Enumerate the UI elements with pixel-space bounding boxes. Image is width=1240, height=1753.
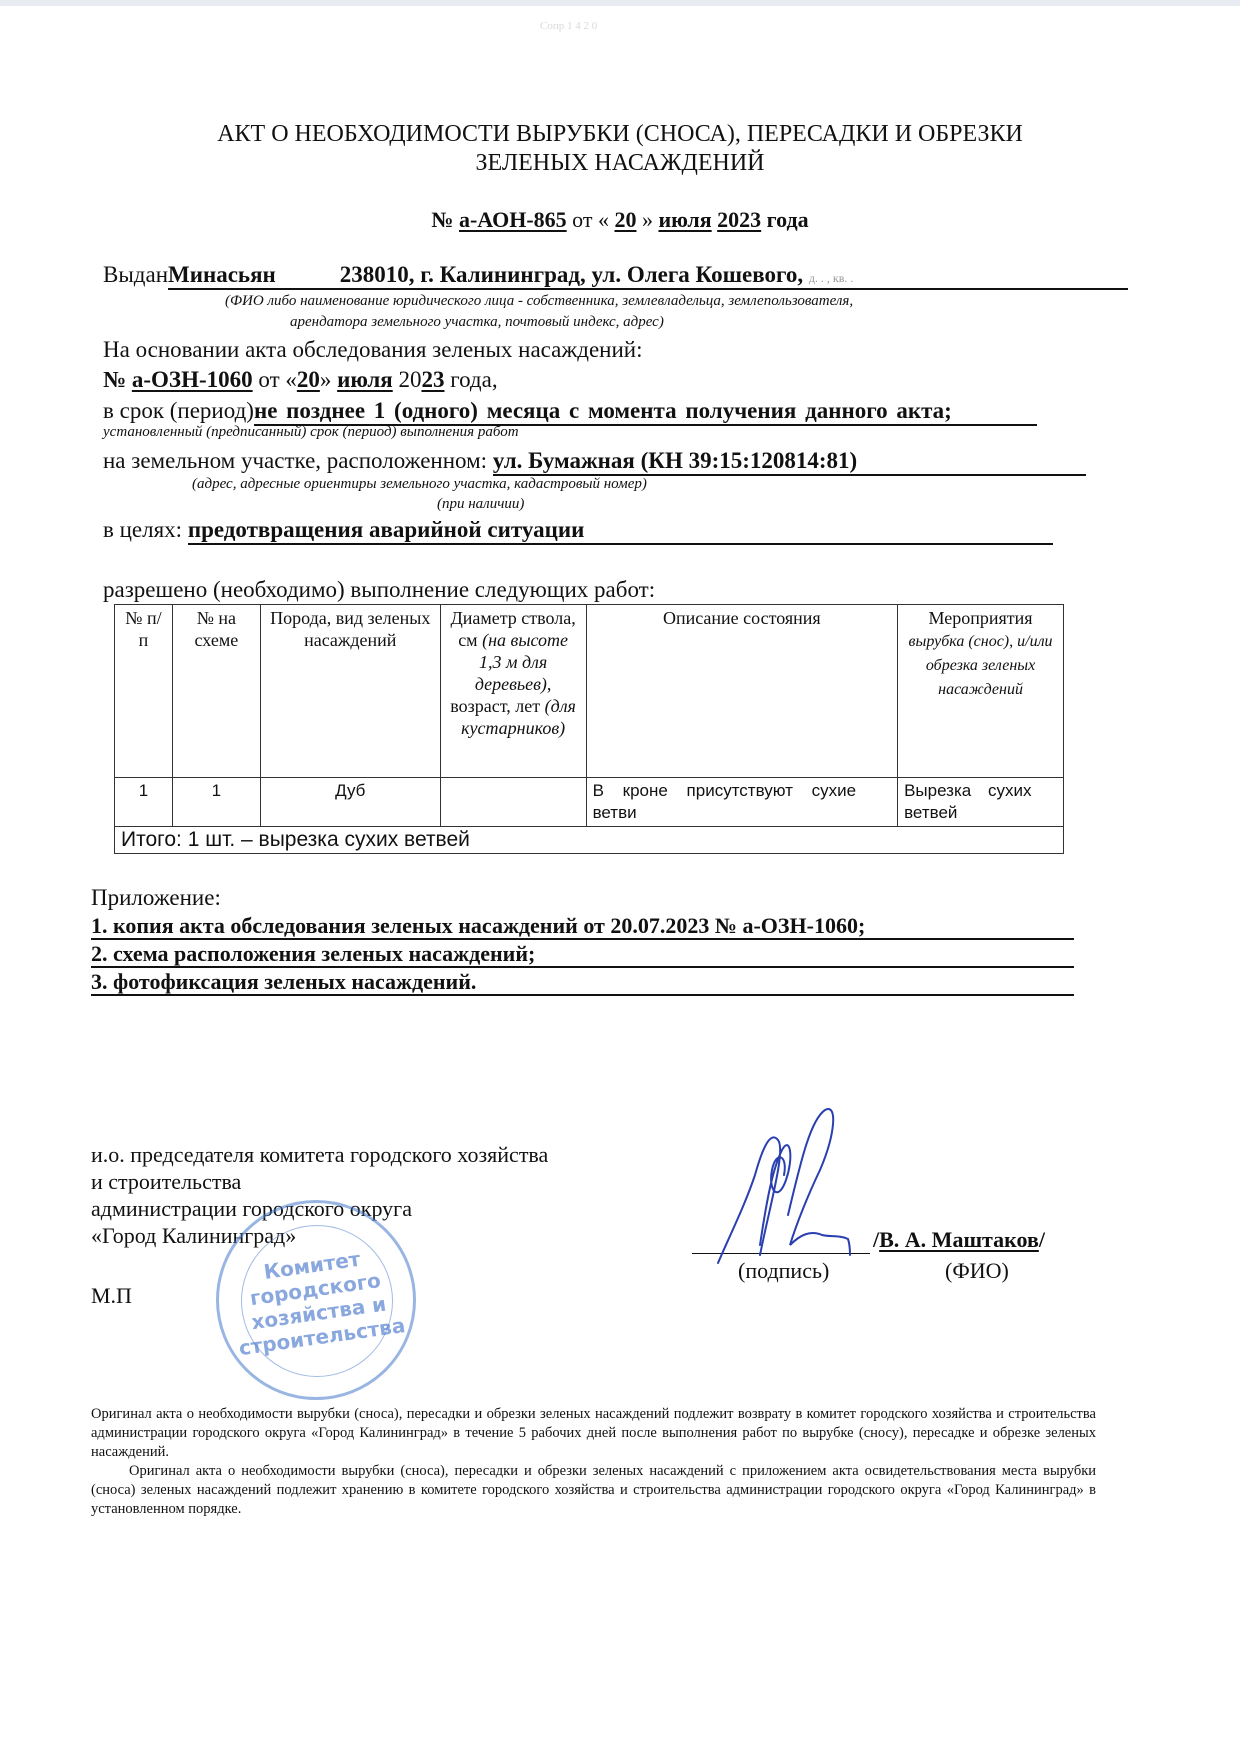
basis-number: а-ОЗН-1060	[132, 367, 253, 392]
act-year: 2023	[717, 207, 761, 232]
location-value: ул. Бумажная (КН 39:15:120814:81)	[493, 448, 1086, 476]
col-header-species: Порода, вид зеленых насаждений	[260, 605, 440, 778]
signatory-position-1: и.о. председателя комитета городского хо…	[91, 1141, 548, 1168]
date-close: »	[642, 207, 653, 232]
col-header-action: Мероприятия вырубка (снос), и/или обрезк…	[898, 605, 1064, 778]
issued-hint-1: (ФИО либо наименование юридического лица…	[225, 293, 853, 310]
table-row: 1 1 Дуб В кроне присутствуют сухие ветви…	[115, 778, 1064, 827]
works-intro: разрешено (необходимо) выполнение следую…	[103, 577, 655, 603]
issued-address: 238010, г. Калининград, ул. Олега Кошево…	[340, 262, 803, 287]
col-header-condition: Описание состояния	[586, 605, 898, 778]
cell-condition: В кроне присутствуют сухие ветви	[586, 778, 898, 827]
location-hint-1: (адрес, адресные ориентиры земельного уч…	[192, 476, 647, 493]
issued-redacted: д. . , кв. .	[809, 271, 854, 285]
location-hint-2: (при наличии)	[437, 496, 524, 513]
issued-field: Минасьян238010, г. Калининград, ул. Олег…	[168, 262, 1128, 290]
term-label: в срок (период)	[103, 398, 254, 423]
table-header-row: № п/п № на схеме Порода, вид зеленых нас…	[115, 605, 1064, 778]
purpose-line: в целях: предотвращения аварийной ситуац…	[103, 517, 1053, 545]
basis-number-sign: №	[103, 367, 126, 392]
name-hint: (ФИО)	[945, 1258, 1009, 1284]
basis-tail: года,	[450, 367, 497, 392]
footnote-2: Оригинал акта о необходимости вырубки (с…	[91, 1462, 1096, 1519]
location-line: на земельном участке, расположенном: ул.…	[103, 448, 1086, 476]
total-text: Итого: 1 шт. – вырезка сухих ветвей	[115, 827, 1064, 854]
location-label: на земельном участке, расположенном:	[103, 448, 487, 473]
cell-diameter	[440, 778, 586, 827]
issued-line: ВыданМинасьян238010, г. Калининград, ул.…	[103, 262, 1128, 290]
act-day: 20	[614, 207, 636, 232]
basis-label: На основании акта обследования зеленых н…	[103, 337, 643, 363]
stamp-text: Комитет городского хозяйства и строитель…	[213, 1240, 420, 1362]
issued-label: Выдан	[103, 262, 168, 287]
number-sign: №	[431, 207, 453, 232]
appendix-item-1: 1. копия акта обследования зеленых насаж…	[91, 914, 1074, 940]
basis-line: № а-ОЗН-1060 от «20» июля 2023 года,	[103, 367, 498, 393]
cell-number: 1	[115, 778, 173, 827]
act-number: а-АОН-865	[459, 207, 567, 232]
official-stamp: Комитет городского хозяйства и строитель…	[216, 1200, 416, 1400]
action-main: Мероприятия	[929, 608, 1033, 628]
act-number-line: № а-АОН-865 от « 20 » июля 2023 года	[0, 207, 1240, 233]
appendix-item-3: 3. фотофиксация зеленых насаждений.	[91, 970, 1074, 996]
basis-from: от «	[258, 367, 297, 392]
col-header-number: № п/п	[115, 605, 173, 778]
basis-day: 20	[297, 367, 320, 392]
act-month: июля	[658, 207, 711, 232]
basis-close: »	[320, 367, 332, 392]
cell-scheme: 1	[172, 778, 260, 827]
purpose-label: в целях:	[103, 517, 182, 542]
handwritten-signature-icon	[700, 1095, 880, 1265]
term-hint: установленный (предписанный) срок (перио…	[103, 424, 519, 441]
cell-action: Вырезка сухих ветвей	[898, 778, 1064, 827]
basis-year-suffix: 23	[421, 367, 444, 392]
cell-species: Дуб	[260, 778, 440, 827]
term-line: в срок (период)не позднее 1 (одного) мес…	[103, 398, 1037, 426]
diameter-note: (на высоте 1,3 м для деревьев)	[475, 630, 568, 694]
signatory-name-line: /В. А. Маштаков/	[873, 1227, 1045, 1253]
document-title-line1: АКТ О НЕОБХОДИМОСТИ ВЫРУБКИ (СНОСА), ПЕР…	[0, 120, 1240, 149]
works-table: № п/п № на схеме Порода, вид зеленых нас…	[114, 604, 1064, 854]
appendix-label: Приложение:	[91, 885, 221, 911]
signatory-position-2: и строительства	[91, 1168, 241, 1195]
bleed-through-text: Сопр 1 4 2 0	[540, 20, 597, 32]
issued-hint-2: арендатора земельного участка, почтовый …	[290, 314, 664, 331]
document-title-line2: ЗЕЛЕНЫХ НАСАЖДЕНИЙ	[0, 149, 1240, 178]
appendix-item-2: 2. схема расположения зеленых насаждений…	[91, 942, 1074, 968]
term-value: не позднее 1 (одного) месяца с момента п…	[254, 398, 1037, 426]
col-header-diameter: Диаметр ствола, см (на высоте 1,3 м для …	[440, 605, 586, 778]
act-year-suffix: года	[767, 207, 809, 232]
footnote-1: Оригинал акта о необходимости вырубки (с…	[91, 1405, 1096, 1462]
seal-label: М.П	[91, 1282, 132, 1309]
scan-edge	[0, 0, 1240, 6]
signatory-name: В. А. Маштаков	[879, 1227, 1039, 1252]
issued-name: Минасьян	[168, 262, 276, 287]
table-total-row: Итого: 1 шт. – вырезка сухих ветвей	[115, 827, 1064, 854]
col-header-scheme: № на схеме	[172, 605, 260, 778]
date-from: от «	[572, 207, 609, 232]
purpose-value: предотвращения аварийной ситуации	[188, 517, 1053, 545]
basis-month: июля	[337, 367, 393, 392]
action-note: вырубка (снос), и/или обрезка зеленых на…	[909, 633, 1053, 698]
basis-year-prefix: 20	[398, 367, 421, 392]
